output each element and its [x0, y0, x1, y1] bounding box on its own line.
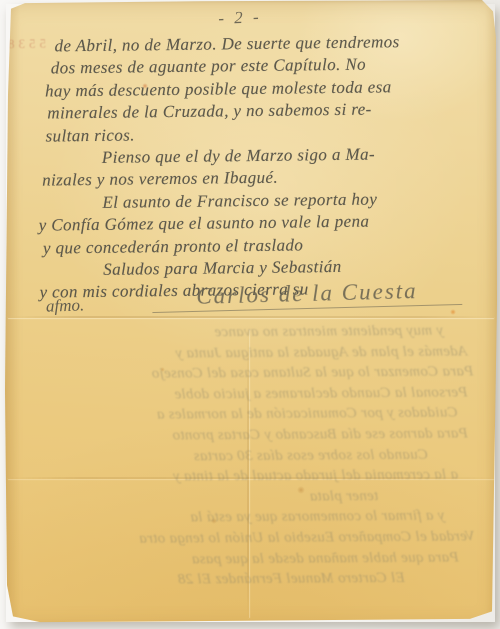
- bleed-through-line: El Cartero Manuel Fernández El 28: [29, 568, 475, 592]
- letter-page: 5538 - 2 - de Abril, no de Marzo. De sue…: [0, 0, 500, 629]
- bleed-through-line: Para que hable mañana desde la que pasa: [29, 547, 475, 571]
- letter-body: de Abril, no de Marzo. De suerte que ten…: [36, 30, 471, 304]
- stain: [297, 486, 305, 494]
- page-number: - 2 -: [205, 7, 276, 29]
- bleed-through-line: Verdad el Compañero Eusebio la Unión lo …: [29, 526, 475, 550]
- stain: [450, 309, 456, 315]
- bleed-through-line: a la ceremonia del jurado actual de la t…: [28, 465, 474, 489]
- closing-abbreviation: afmo.: [46, 295, 85, 316]
- stain: [142, 83, 148, 89]
- photo-backdrop: 5538 - 2 - de Abril, no de Marzo. De sue…: [0, 0, 500, 629]
- horizontal-crease: [8, 316, 494, 318]
- bleed-through-line: Para darnos ese día Buscando y Cartas pr…: [28, 423, 474, 447]
- bleed-through-block: y muy pendiente mientras no avance Ademá…: [27, 320, 475, 591]
- bleed-through-line: Para Comenzar lo que la Sultana casa del…: [27, 362, 473, 386]
- stain: [211, 518, 217, 524]
- bleed-through-line: y muy pendiente mientras no avance: [27, 320, 473, 344]
- stain: [160, 367, 165, 372]
